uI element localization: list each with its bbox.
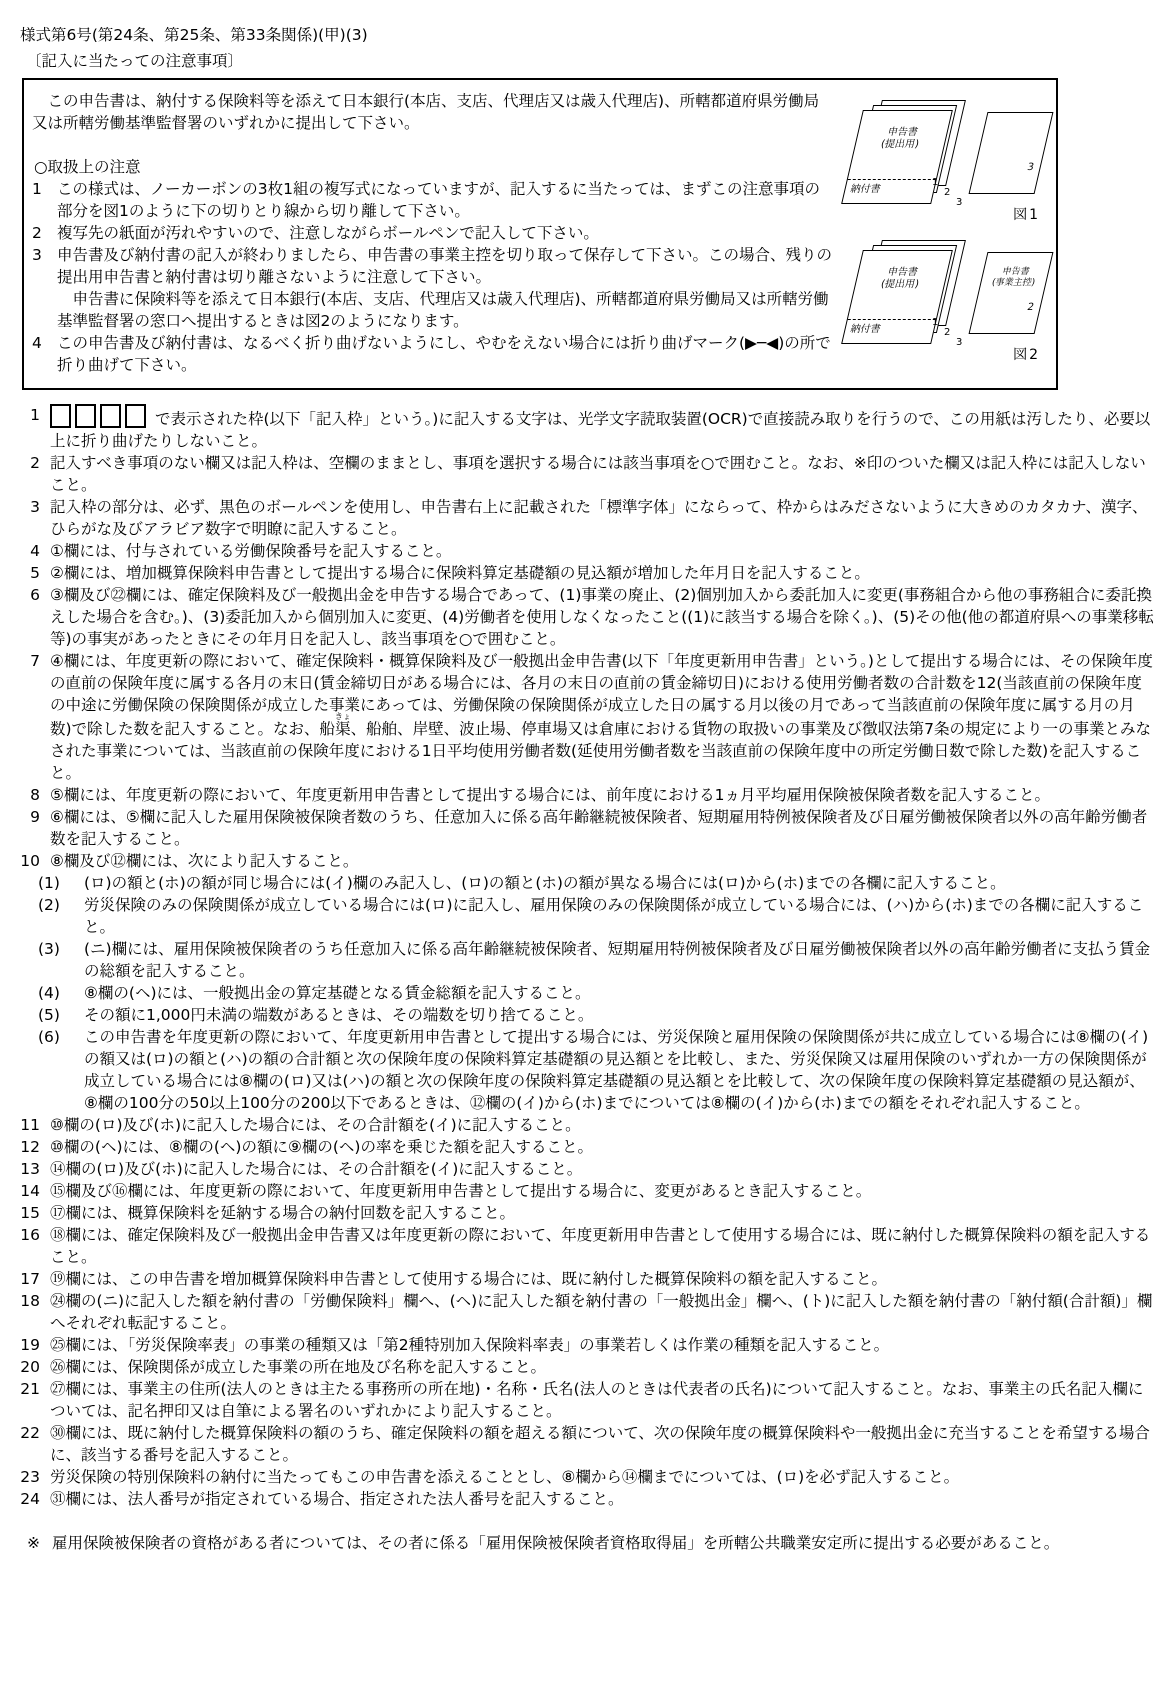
- sheet-label: 申告書 (事業主控): [980, 267, 1049, 289]
- employer-copy-sheet-icon: 申告書 (事業主控) 2: [969, 252, 1054, 334]
- notes-page: 様式第6号(第24条、第25条、第33条関係)(甲)(3) 〔記入に当たっての注…: [0, 0, 1166, 1694]
- item-text: ④欄には、年度更新の際において、確定保険料・概算保険料及び一般拠出金申告書(以下…: [50, 650, 1156, 784]
- instruction-item: (4) ⑧欄の(ヘ)には、一般拠出金の算定基礎となる賃金総額を記入すること。: [16, 982, 1156, 1004]
- item-text: この申告書及び納付書は、なるべく折り曲げないようにし、やむをえない場合には折り曲…: [57, 332, 832, 376]
- item-text: ⑤欄には、年度更新の際において、年度更新用申告書として提出する場合には、前年度に…: [50, 784, 1156, 806]
- instruction-item: 12 ⑩欄の(ヘ)には、⑧欄の(ヘ)の額に⑨欄の(ヘ)の率を乗じた額を記入するこ…: [16, 1136, 1156, 1158]
- item-number: (6): [38, 1026, 74, 1114]
- item-text: ⑧欄の(ヘ)には、一般拠出金の算定基礎となる賃金総額を記入すること。: [84, 982, 1156, 1004]
- instructions-list: 1 で表示された枠(以下「記入枠」という。)に記入する文字は、光学文字読取装置(…: [16, 404, 1156, 1510]
- item-number: 18: [16, 1290, 40, 1334]
- instruction-item: (6) この申告書を年度更新の際において、年度更新用申告書として提出する場合には…: [16, 1026, 1156, 1114]
- sheet-label: 申告書 (提出用): [854, 267, 948, 291]
- item-number: (3): [38, 938, 74, 982]
- item-number: 17: [16, 1268, 40, 1290]
- figures-column: 申告書 (提出用) 納付書 1 2 3 3 図1 申告書 (提出用) 納付書: [832, 88, 1050, 376]
- figure-2: 申告書 (提出用) 納付書 1 2 3 申告書 (事業主控) 2 図2: [832, 240, 1050, 368]
- item-text: ⑥欄には、⑤欄に記入した雇用保険被保険者数のうち、任意加入に係る高年齢継続被保険…: [50, 806, 1156, 850]
- handling-notes-title: ○取扱上の注意: [34, 156, 832, 178]
- item-text: この様式は、ノーカーボンの3枚1組の複写式になっていますが、記入するに当たっては…: [57, 178, 832, 222]
- item-text: 記入すべき事項のない欄又は記入枠は、空欄のままとし、事項を選択する場合には該当事…: [50, 452, 1156, 496]
- item-text: ㉛欄には、法人番号が指定されている場合、指定された法人番号を記入すること。: [50, 1488, 1156, 1510]
- footnote-text: 雇用保険被保険者の資格がある者については、その者に係る「雇用保険被保険者資格取得…: [52, 1532, 1156, 1554]
- instruction-item: 2 記入すべき事項のない欄又は記入枠は、空欄のままとし、事項を選択する場合には該…: [16, 452, 1156, 496]
- item-number: 15: [16, 1202, 40, 1224]
- page-title: 様式第6号(第24条、第25条、第33条関係)(甲)(3): [20, 24, 1156, 46]
- item-number: 4: [16, 540, 40, 562]
- item-number: 22: [16, 1422, 40, 1466]
- item-number: 23: [16, 1466, 40, 1488]
- notice-box: この申告書は、納付する保険料等を添えて日本銀行(本店、支店、代理店又は歳入代理店…: [22, 78, 1058, 390]
- instruction-item: 7 ④欄には、年度更新の際において、確定保険料・概算保険料及び一般拠出金申告書(…: [16, 650, 1156, 784]
- footnote: ※ 雇用保険被保険者の資格がある者については、その者に係る「雇用保険被保険者資格…: [16, 1532, 1156, 1554]
- figure-1: 申告書 (提出用) 納付書 1 2 3 3 図1: [832, 100, 1050, 228]
- handling-note-item: 4 この申告書及び納付書は、なるべく折り曲げないようにし、やむをえない場合には折…: [32, 332, 832, 376]
- instruction-item: (3) (ニ)欄には、雇用保険被保険者のうち任意加入に係る高年齢継続被保険者、短…: [16, 938, 1156, 982]
- item-text: ⑩欄の(ヘ)には、⑧欄の(ヘ)の額に⑨欄の(ヘ)の率を乗じた額を記入すること。: [50, 1136, 1156, 1158]
- item-text: ⑧欄及び⑫欄には、次により記入すること。: [50, 850, 1156, 872]
- item-text: ⑩欄の(ロ)及び(ホ)に記入した場合には、その合計額を(イ)に記入すること。: [50, 1114, 1156, 1136]
- item-text: ㉖欄には、保険関係が成立した事業の所在地及び名称を記入すること。: [50, 1356, 1156, 1378]
- item-number: 8: [16, 784, 40, 806]
- item-number: 12: [16, 1136, 40, 1158]
- payment-slip-strip: 納付書: [842, 179, 936, 203]
- item-number: 1: [16, 404, 40, 452]
- item-number: (4): [38, 982, 74, 1004]
- handling-note-item: 2 複写先の紙面が汚れやすいので、注意しながらボールペンで記入して下さい。: [32, 222, 832, 244]
- strip-label: 納付書: [849, 184, 882, 195]
- instruction-item: 15 ⑰欄には、概算保険料を延納する場合の納付回数を記入すること。: [16, 1202, 1156, 1224]
- figure-caption: 図2: [1013, 344, 1040, 366]
- item-text: 申告書及び納付書の記入が終わりましたら、申告書の事業主控を切り取って保存して下さ…: [57, 244, 832, 332]
- instruction-item: 19 ㉕欄には、「労災保険率表」の事業の種類又は「第2種特別加入保険料率表」の事…: [16, 1334, 1156, 1356]
- item-number: 14: [16, 1180, 40, 1202]
- item-number: 24: [16, 1488, 40, 1510]
- item-number: 3: [32, 244, 48, 332]
- sheet-number: 1: [932, 318, 938, 328]
- figure-caption: 図1: [1013, 204, 1040, 226]
- item-text: (ニ)欄には、雇用保険被保険者のうち任意加入に係る高年齢継続被保険者、短期雇用特…: [84, 938, 1156, 982]
- instruction-item: (5) その額に1,000円未満の端数があるときは、その端数を切り捨てること。: [16, 1004, 1156, 1026]
- notice-intro: この申告書は、納付する保険料等を添えて日本銀行(本店、支店、代理店又は歳入代理店…: [32, 90, 832, 134]
- instruction-item: 24 ㉛欄には、法人番号が指定されている場合、指定された法人番号を記入すること。: [16, 1488, 1156, 1510]
- ocr-entry-boxes-icon: [50, 404, 150, 428]
- instruction-item: 22 ㉚欄には、既に納付した概算保険料の額のうち、確定保険料の額を超える額につい…: [16, 1422, 1156, 1466]
- page-subtitle: 〔記入に当たっての注意事項〕: [26, 50, 1156, 72]
- instruction-item: 14 ⑮欄及び⑯欄には、年度更新の際において、年度更新用申告書として提出する場合…: [16, 1180, 1156, 1202]
- sheet-number: 2: [944, 328, 950, 338]
- sheet-number: 2: [1025, 297, 1036, 319]
- handling-note-item: 1 この様式は、ノーカーボンの3枚1組の複写式になっていますが、記入するに当たっ…: [32, 178, 832, 222]
- instruction-item: 23 労災保険の特別保険料の納付に当たってもこの申告書を添えることとし、⑧欄から…: [16, 1466, 1156, 1488]
- item-number: (5): [38, 1004, 74, 1026]
- instruction-item: (2) 労災保険のみの保険関係が成立している場合には(ロ)に記入し、雇用保険のみ…: [16, 894, 1156, 938]
- instruction-item: 6 ③欄及び㉒欄には、確定保険料及び一般拠出金を申告する場合であって、(1)事業…: [16, 584, 1156, 650]
- item-number: (2): [38, 894, 74, 938]
- item-text: ⑱欄には、確定保険料及び一般拠出金申告書又は年度更新の際において、年度更新用申告…: [50, 1224, 1156, 1268]
- item-text: ⑭欄の(ロ)及び(ホ)に記入した場合には、その合計額を(イ)に記入すること。: [50, 1158, 1156, 1180]
- item-text: ②欄には、増加概算保険料申告書として提出する場合に保険料算定基礎額の見込額が増加…: [50, 562, 1156, 584]
- item-number: 9: [16, 806, 40, 850]
- item-text: ①欄には、付与されている労働保険番号を記入すること。: [50, 540, 1156, 562]
- sheet-number: 3: [1025, 157, 1036, 179]
- instruction-item: 4 ①欄には、付与されている労働保険番号を記入すること。: [16, 540, 1156, 562]
- item-text: ⑲欄には、この申告書を増加概算保険料申告書として使用する場合には、既に納付した概…: [50, 1268, 1156, 1290]
- item-number: 7: [16, 650, 40, 784]
- sheet-number: 2: [944, 188, 950, 198]
- item-number: 4: [32, 332, 48, 376]
- strip-label: 納付書: [849, 324, 882, 335]
- instruction-item: 10 ⑧欄及び⑫欄には、次により記入すること。: [16, 850, 1156, 872]
- instruction-item: 5 ②欄には、増加概算保険料申告書として提出する場合に保険料算定基礎額の見込額が…: [16, 562, 1156, 584]
- instruction-item: 8 ⑤欄には、年度更新の際において、年度更新用申告書として提出する場合には、前年…: [16, 784, 1156, 806]
- item-text: (ロ)の額と(ホ)の額が同じ場合には(イ)欄のみ記入し、(ロ)の額と(ホ)の額が…: [84, 872, 1156, 894]
- instruction-item: 3 記入枠の部分は、必ず、黒色のボールペンを使用し、申告書右上に記載された「標準…: [16, 496, 1156, 540]
- item-number: 6: [16, 584, 40, 650]
- item-text: 記入枠の部分は、必ず、黒色のボールペンを使用し、申告書右上に記載された「標準字体…: [50, 496, 1156, 540]
- instruction-item: 1 で表示された枠(以下「記入枠」という。)に記入する文字は、光学文字読取装置(…: [16, 404, 1156, 452]
- item-number: 16: [16, 1224, 40, 1268]
- item-number: 20: [16, 1356, 40, 1378]
- item-text: その額に1,000円未満の端数があるときは、その端数を切り捨てること。: [84, 1004, 1156, 1026]
- item-text: ㉕欄には、「労災保険率表」の事業の種類又は「第2種特別加入保険料率表」の事業若し…: [50, 1334, 1156, 1356]
- handling-note-item: 3 申告書及び納付書の記入が終わりましたら、申告書の事業主控を切り取って保存して…: [32, 244, 832, 332]
- notice-box-text: この申告書は、納付する保険料等を添えて日本銀行(本店、支店、代理店又は歳入代理店…: [32, 88, 832, 376]
- item-number: 3: [16, 496, 40, 540]
- sheet-number: 3: [956, 198, 962, 208]
- item-text: ㉚欄には、既に納付した概算保険料の額のうち、確定保険料の額を超える額について、次…: [50, 1422, 1156, 1466]
- item-number: 10: [16, 850, 40, 872]
- item-number: 13: [16, 1158, 40, 1180]
- item-number: 19: [16, 1334, 40, 1356]
- instruction-item: 16 ⑱欄には、確定保険料及び一般拠出金申告書又は年度更新の際において、年度更新…: [16, 1224, 1156, 1268]
- item-text: 複写先の紙面が汚れやすいので、注意しながらボールペンで記入して下さい。: [57, 222, 832, 244]
- instruction-item: 21 ㉗欄には、事業主の住所(法人のときは主たる事務所の所在地)・名称・氏名(法…: [16, 1378, 1156, 1422]
- item-number: 2: [32, 222, 48, 244]
- item-text: 労災保険の特別保険料の納付に当たってもこの申告書を添えることとし、⑧欄から⑭欄ま…: [50, 1466, 1156, 1488]
- instruction-item: 18 ㉔欄の(ニ)に記入した額を納付書の「労働保険料」欄へ、(ヘ)に記入した額を…: [16, 1290, 1156, 1334]
- payment-slip-strip: 納付書: [842, 319, 936, 343]
- item-text: ㉔欄の(ニ)に記入した額を納付書の「労働保険料」欄へ、(ヘ)に記入した額を納付書…: [50, 1290, 1156, 1334]
- instruction-item: 20 ㉖欄には、保険関係が成立した事業の所在地及び名称を記入すること。: [16, 1356, 1156, 1378]
- instruction-item: (1) (ロ)の額と(ホ)の額が同じ場合には(イ)欄のみ記入し、(ロ)の額と(ホ…: [16, 872, 1156, 894]
- instruction-item: 17 ⑲欄には、この申告書を増加概算保険料申告書として使用する場合には、既に納付…: [16, 1268, 1156, 1290]
- item-number: 11: [16, 1114, 40, 1136]
- footnote-marker: ※: [16, 1532, 40, 1554]
- instruction-item: 13 ⑭欄の(ロ)及び(ホ)に記入した場合には、その合計額を(イ)に記入すること…: [16, 1158, 1156, 1180]
- item-text: この申告書を年度更新の際において、年度更新用申告書として提出する場合には、労災保…: [84, 1026, 1156, 1114]
- item-text: ③欄及び㉒欄には、確定保険料及び一般拠出金を申告する場合であって、(1)事業の廃…: [50, 584, 1156, 650]
- item-text: 労災保険のみの保険関係が成立している場合には(ロ)に記入し、雇用保険のみの保険関…: [84, 894, 1156, 938]
- handling-notes-list: 1 この様式は、ノーカーボンの3枚1組の複写式になっていますが、記入するに当たっ…: [32, 178, 832, 376]
- item-number: 21: [16, 1378, 40, 1422]
- item-number: 5: [16, 562, 40, 584]
- sheet-number: 1: [932, 178, 938, 188]
- detached-sheet-icon: 3: [969, 112, 1054, 194]
- item-number: 1: [32, 178, 48, 222]
- item-text: ⑮欄及び⑯欄には、年度更新の際において、年度更新用申告書として提出する場合に、変…: [50, 1180, 1156, 1202]
- instruction-item: 9 ⑥欄には、⑤欄に記入した雇用保険被保険者数のうち、任意加入に係る高年齢継続被…: [16, 806, 1156, 850]
- item-text: で表示された枠(以下「記入枠」という。)に記入する文字は、光学文字読取装置(OC…: [50, 404, 1156, 452]
- item-text: ⑰欄には、概算保険料を延納する場合の納付回数を記入すること。: [50, 1202, 1156, 1224]
- instruction-item: 11 ⑩欄の(ロ)及び(ホ)に記入した場合には、その合計額を(イ)に記入すること…: [16, 1114, 1156, 1136]
- item-number: (1): [38, 872, 74, 894]
- item-text: ㉗欄には、事業主の住所(法人のときは主たる事務所の所在地)・名称・氏名(法人のと…: [50, 1378, 1156, 1422]
- sheet-number: 3: [956, 338, 962, 348]
- item-number: 2: [16, 452, 40, 496]
- sheet-label: 申告書 (提出用): [854, 127, 948, 151]
